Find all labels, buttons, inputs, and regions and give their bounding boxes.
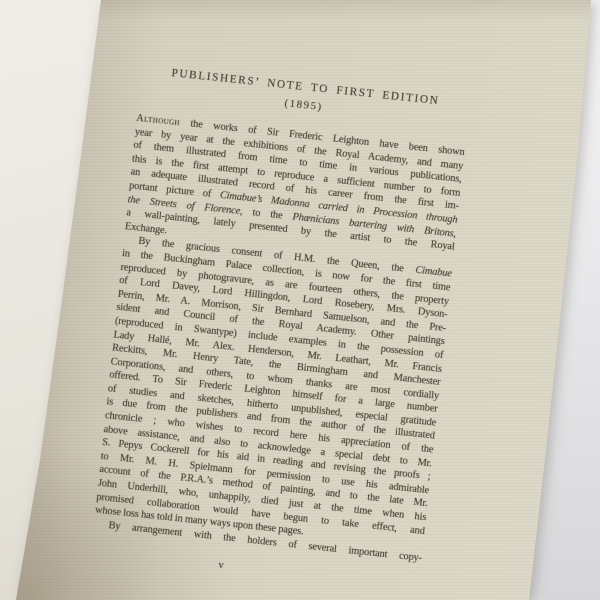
book-photo: PUBLISHERS’ NOTE TO FIRST EDITION (1895)… [0,0,600,600]
paragraph-2: By the gracious consent of H.M. the Quee… [94,233,452,551]
page-text: PUBLISHERS’ NOTE TO FIRST EDITION (1895)… [90,64,470,592]
